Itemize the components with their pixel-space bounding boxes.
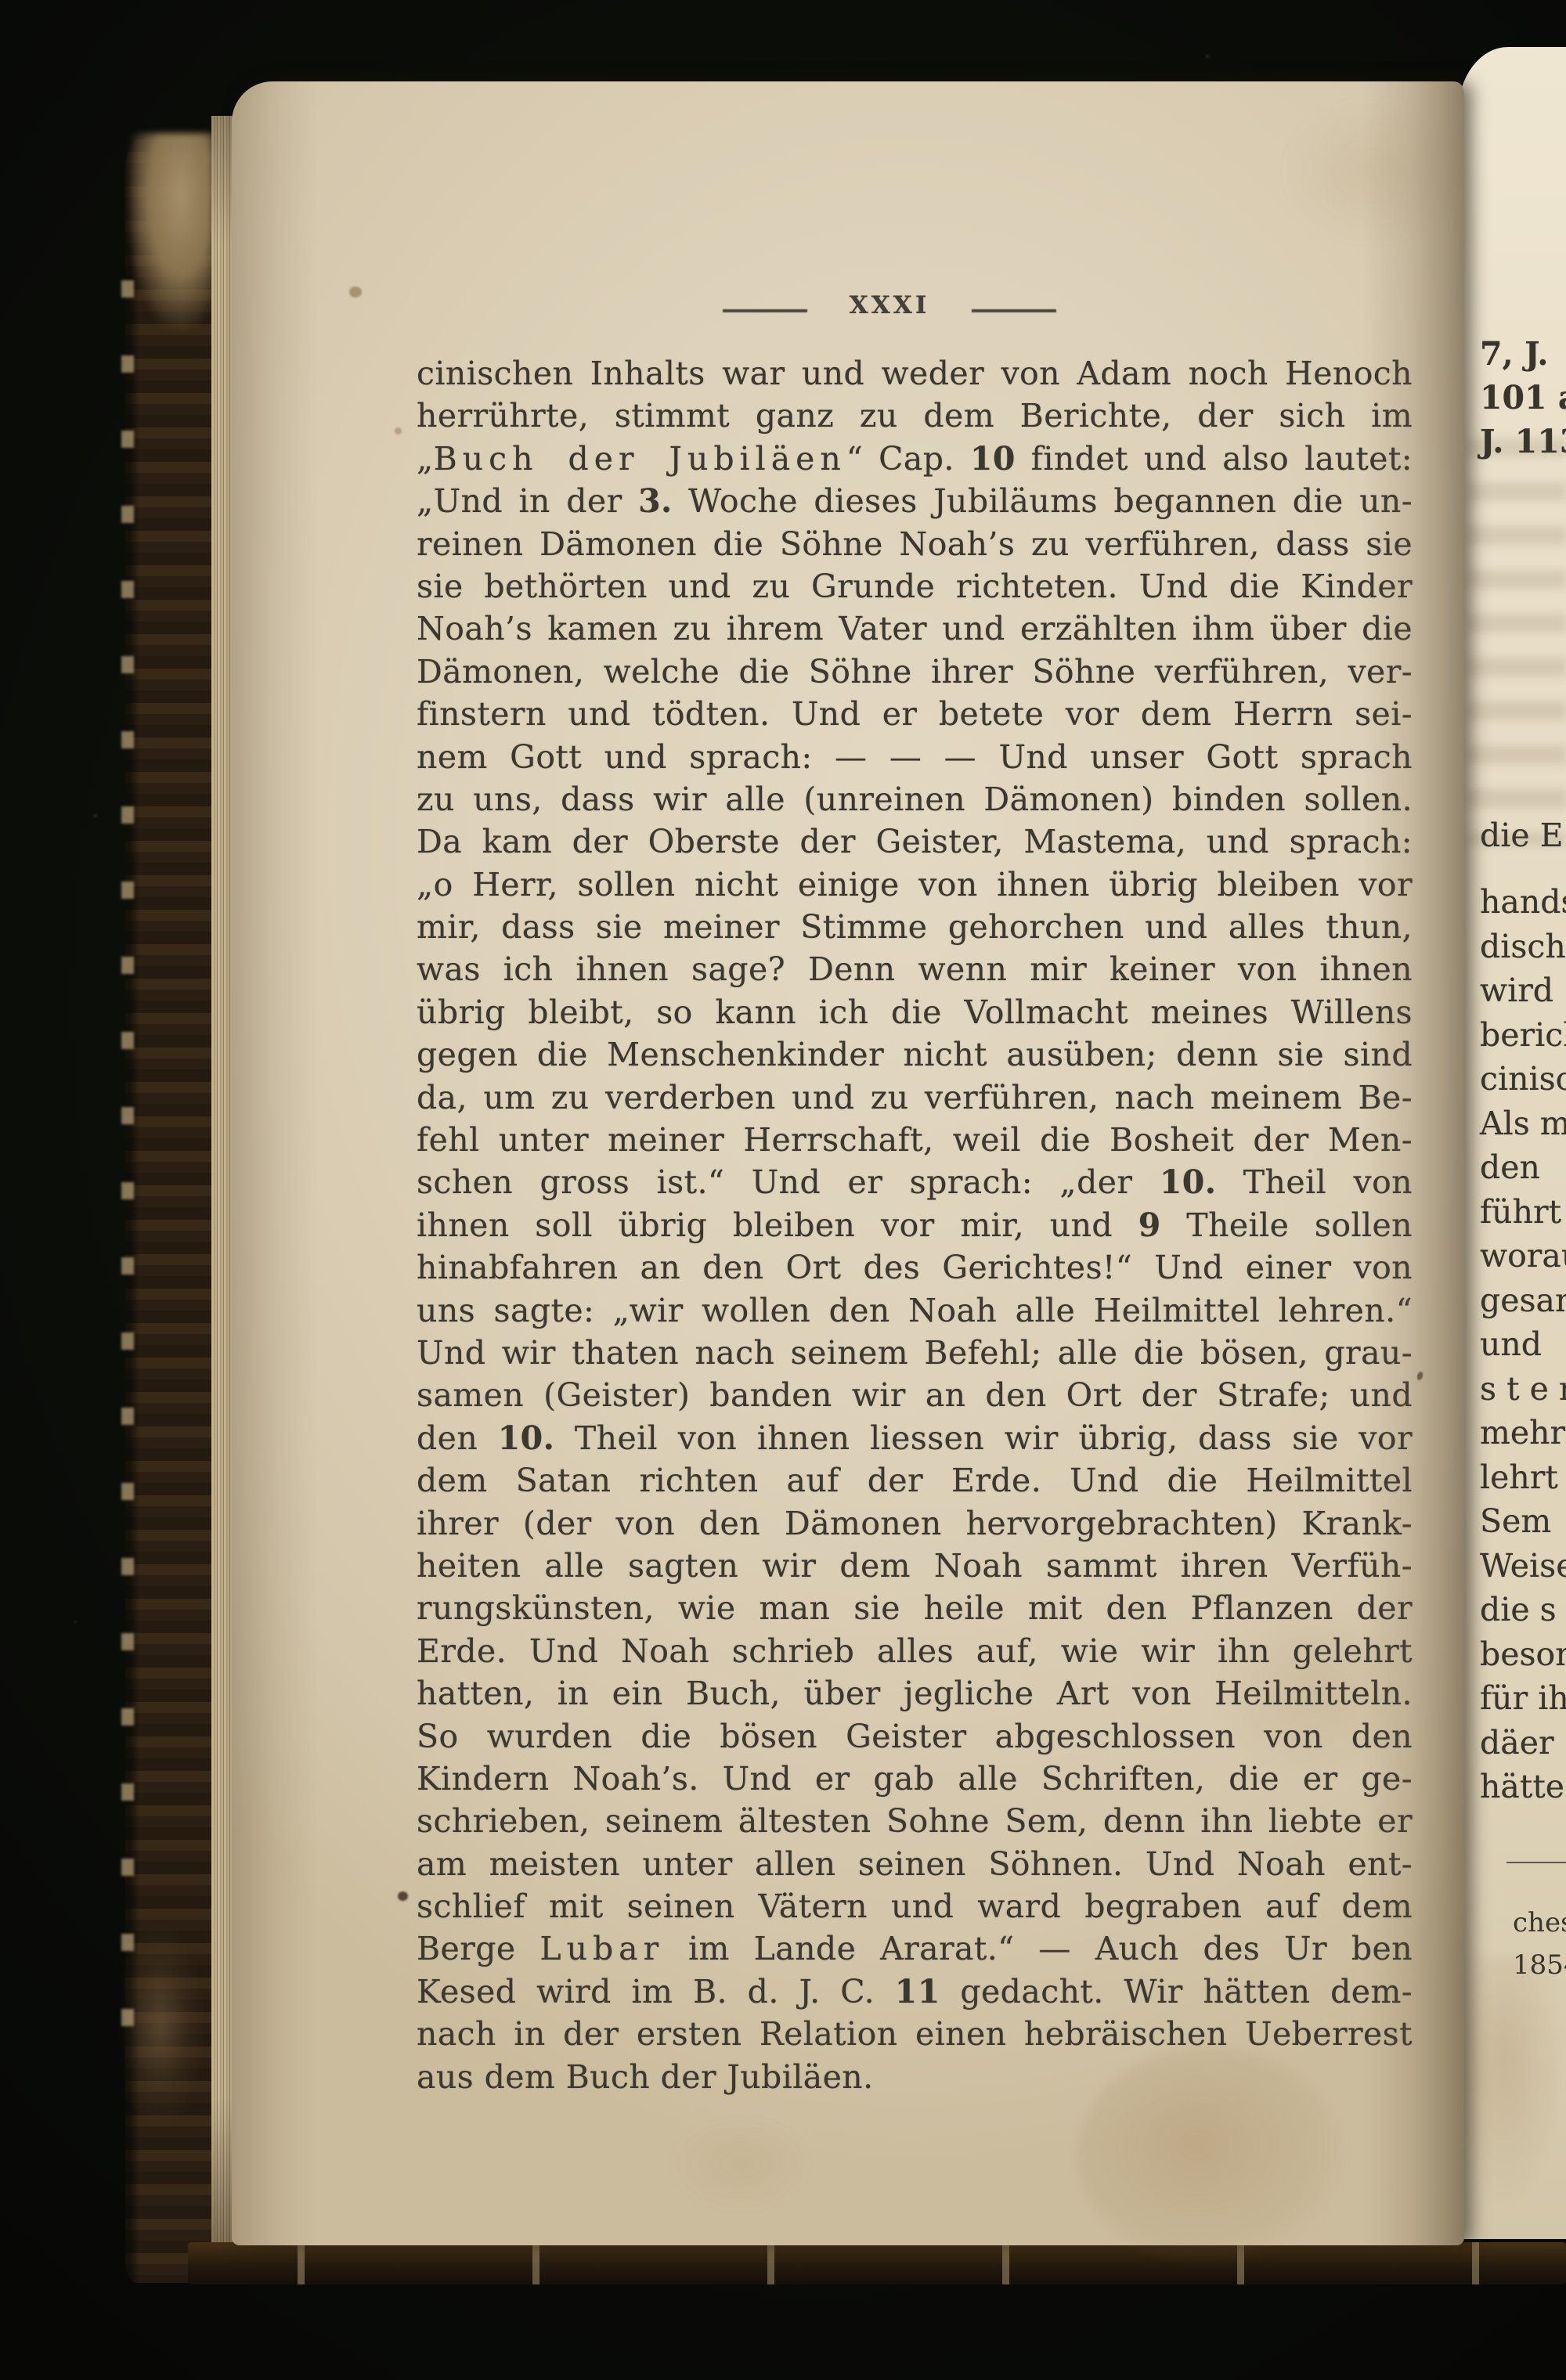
text-line: mir, dass sie meiner Stimme gehorchen un…	[417, 906, 1413, 948]
text-line: zu uns, dass wir alle (unreinen Dämonen)…	[417, 778, 1413, 820]
text-line: sie bethörten und zu Grunde richteten. U…	[417, 565, 1413, 608]
right-page-text-fragment: den	[1480, 1149, 1540, 1186]
text-segment: nem Gott und sprach: — — — Und unser Got…	[417, 738, 1413, 776]
spine-worn-patch-bottom	[125, 1924, 204, 2128]
text-segment: den	[417, 1419, 498, 1457]
text-line: schen gross ist.“ Und er sprach: „der 10…	[417, 1161, 1413, 1203]
text-segment: finstern und tödten. Und er betete vor d…	[417, 695, 1413, 733]
dust-speck	[1206, 55, 1209, 58]
right-page-text-fragment: die s	[1480, 1591, 1557, 1628]
text-segment: 9	[1138, 1206, 1161, 1244]
text-line: fehl unter meiner Herrschaft, weil die B…	[417, 1119, 1413, 1161]
text-line: „Und in der 3. Woche dieses Jubiläums be…	[417, 480, 1413, 522]
text-line: uns sagte: „wir wollen den Noah alle Hei…	[417, 1289, 1413, 1332]
right-page-text-fragment: und	[1480, 1325, 1542, 1363]
text-segment: „	[417, 440, 434, 478]
spine-edge-wear	[121, 280, 134, 2081]
text-line: „o Herr, sollen nicht einige von ihnen ü…	[417, 864, 1413, 906]
text-segment: herrührte, stimmt ganz zu dem Berichte, …	[417, 397, 1413, 435]
text-segment: „o Herr, sollen nicht einige von ihnen ü…	[417, 866, 1413, 903]
text-segment: schen gross ist.“ Und er sprach: „der	[417, 1163, 1160, 1201]
right-page-text-fragments: 7, J.101 aJ. 113die Ehandscdischwirdberi…	[1458, 0, 1566, 2380]
text-segment: Erde. Und Noah schrieb alles auf, wie wi…	[417, 1632, 1413, 1670]
text-segment: übrig bleibt, so kann ich die Vollmacht …	[417, 993, 1413, 1031]
text-segment: fehl unter meiner Herrschaft, weil die B…	[417, 1121, 1413, 1159]
text-line: was ich ihnen sage? Denn wenn mir keiner…	[417, 948, 1413, 990]
text-line: übrig bleibt, so kann ich die Vollmacht …	[417, 991, 1413, 1033]
right-page-text-fragment: Als m	[1480, 1105, 1566, 1142]
text-line: hatten, in ein Buch, über jegliche Art v…	[417, 1672, 1413, 1715]
text-segment: heiten alle sagten wir dem Noah sammt ih…	[417, 1547, 1413, 1585]
text-line: Kesed wird im B. d. J. C. 11 gedacht. Wi…	[417, 1971, 1413, 2013]
text-line: gegen die Menschenkinder nicht ausüben; …	[417, 1033, 1413, 1076]
text-segment: cinischen Inhalts war und weder von Adam…	[417, 355, 1413, 392]
text-line: ihnen soll übrig bleiben vor mir, und 9 …	[417, 1204, 1413, 1246]
text-segment: hinabfahren an den Ort des Gerichtes!“ U…	[417, 1249, 1413, 1286]
right-page-text-fragment: gesam	[1480, 1282, 1566, 1319]
text-segment: sie bethörten und zu Grunde richteten. U…	[417, 568, 1413, 605]
text-line: herrührte, stimmt ganz zu dem Berichte, …	[417, 395, 1413, 437]
text-line: Kindern Noah’s. Und er gab alle Schrifte…	[417, 1758, 1413, 1800]
right-page-text-fragment: die E	[1480, 817, 1564, 854]
text-line: am meisten unter allen seinen Söhnen. Un…	[417, 1843, 1413, 1885]
text-line: finstern und tödten. Und er betete vor d…	[417, 693, 1413, 735]
text-segment: Und wir thaten nach seinem Befehl; alle …	[417, 1334, 1413, 1372]
stain	[349, 287, 362, 297]
text-segment: hatten, in ein Buch, über jegliche Art v…	[417, 1675, 1413, 1712]
text-segment: dem Satan richten auf der Erde. Und die …	[417, 1462, 1413, 1499]
spine-worn-patch-top	[127, 133, 213, 329]
text-line: Da kam der Oberste der Geister, Mastema,…	[417, 820, 1413, 863]
text-segment: da, um zu verderben und zu verführen, na…	[417, 1079, 1413, 1116]
text-segment: Theil von	[1216, 1163, 1413, 1201]
text-segment: Dämonen, welche die Söhne ihrer Söhne ve…	[417, 653, 1413, 691]
text-line: reinen Dämonen die Söhne Noah’s zu verfü…	[417, 523, 1413, 565]
text-line: nach in der ersten Relation einen hebräi…	[417, 2013, 1413, 2055]
right-page-text-fragment: berich	[1480, 1016, 1566, 1054]
stain	[670, 2117, 811, 2211]
header-rule-right	[972, 309, 1056, 312]
text-line: den 10. Theil von ihnen liessen wir übri…	[417, 1417, 1413, 1459]
stain	[395, 427, 402, 435]
text-segment: 10.	[1160, 1163, 1217, 1201]
text-segment: ihrer (der von den Dämonen hervorgebrach…	[417, 1505, 1413, 1542]
text-segment: “ Cap.	[846, 440, 970, 478]
dust-speck	[74, 1621, 77, 1623]
text-line: samen (Geister) banden wir an den Ort de…	[417, 1374, 1413, 1416]
text-segment: Lubar	[539, 1930, 664, 1967]
right-page-text-fragment: worau	[1480, 1237, 1566, 1275]
right-page-text-fragment: däer	[1480, 1724, 1554, 1762]
header-rule-left	[723, 309, 807, 312]
right-page-text-fragment: 101 a	[1480, 379, 1566, 416]
text-line: ihrer (der von den Dämonen hervorgebrach…	[417, 1502, 1413, 1545]
page-number: XXXI	[850, 291, 930, 319]
right-page-text-fragment: für ih	[1480, 1679, 1566, 1717]
text-line: nem Gott und sprach: — — — Und unser Got…	[417, 736, 1413, 778]
text-segment: Da kam der Oberste der Geister, Mastema,…	[417, 823, 1413, 860]
right-page-text-fragment: lehrt	[1480, 1459, 1558, 1496]
text-segment: Theil von ihnen liessen wir übrig, dass …	[554, 1419, 1413, 1457]
text-segment: Berge	[417, 1930, 539, 1967]
text-segment: gedacht. Wir hätten dem-	[940, 1973, 1413, 2010]
text-segment: nach in der ersten Relation einen hebräi…	[417, 2015, 1413, 2053]
text-segment: 10	[970, 440, 1016, 478]
text-line: aus dem Buch der Jubiläen.	[417, 2056, 1413, 2098]
text-segment: rungskünsten, wie man sie heile mit den …	[417, 1589, 1413, 1627]
scanned-book-page-photo: 7, J.101 aJ. 113die Ehandscdischwirdberi…	[0, 0, 1566, 2380]
text-line: Noah’s kamen zu ihrem Vater und erzählte…	[417, 608, 1413, 650]
text-segment: findet und also lautet:	[1016, 440, 1413, 478]
text-line: da, um zu verderben und zu verführen, na…	[417, 1076, 1413, 1119]
right-page-text-fragment: mehr	[1480, 1414, 1565, 1451]
text-line: dem Satan richten auf der Erde. Und die …	[417, 1459, 1413, 1502]
text-line: Erde. Und Noah schrieb alles auf, wie wi…	[417, 1630, 1413, 1672]
text-line: rungskünsten, wie man sie heile mit den …	[417, 1587, 1413, 1629]
text-segment: ihnen soll übrig bleiben vor mir, und	[417, 1206, 1138, 1244]
text-line: heiten alle sagten wir dem Noah sammt ih…	[417, 1545, 1413, 1587]
right-page-text-fragment: cinisc	[1480, 1060, 1566, 1098]
text-line: schrieben, seinem ältesten Sohne Sem, de…	[417, 1800, 1413, 1842]
right-page-text-fragment: Weise	[1480, 1547, 1566, 1585]
text-segment: 3.	[638, 482, 673, 520]
right-page-text-fragment: disch	[1480, 928, 1566, 965]
text-line: „Buch der Jubiläen“ Cap. 10 findet und a…	[417, 438, 1413, 480]
footnote-rule	[1506, 1862, 1566, 1863]
dust-speck	[94, 814, 97, 817]
right-page-text-fragment: handsc	[1480, 883, 1566, 921]
ink-speck	[1416, 1371, 1423, 1381]
right-page-footnote-fragment: ches	[1513, 1907, 1566, 1938]
text-segment: Woche dieses Jubiläums begannen die un-	[673, 482, 1413, 520]
text-segment: Kindern Noah’s. Und er gab alle Schrifte…	[417, 1760, 1413, 1798]
right-page-text-fragment: s t e n	[1480, 1370, 1566, 1408]
right-page-text-fragment: hätte	[1480, 1768, 1564, 1805]
text-segment: am meisten unter allen seinen Söhnen. Un…	[417, 1845, 1413, 1883]
right-page-text-fragment: wird	[1480, 972, 1553, 1009]
text-segment: aus dem Buch der Jubiläen.	[417, 2058, 874, 2096]
text-line: Dämonen, welche die Söhne ihrer Söhne ve…	[417, 651, 1413, 693]
text-line: hinabfahren an den Ort des Gerichtes!“ U…	[417, 1246, 1413, 1289]
text-segment: So wurden die bösen Geister abgeschlosse…	[417, 1718, 1413, 1755]
text-segment: gegen die Menschenkinder nicht ausüben; …	[417, 1036, 1413, 1073]
text-line: So wurden die bösen Geister abgeschlosse…	[417, 1715, 1413, 1758]
text-segment: 11	[895, 1973, 940, 2010]
text-segment: uns sagte: „wir wollen den Noah alle Hei…	[417, 1292, 1413, 1329]
ink-speck	[398, 1891, 408, 1901]
page-header: XXXI	[391, 291, 1387, 319]
right-page-text-fragment: beson	[1480, 1635, 1566, 1673]
text-segment: reinen Dämonen die Söhne Noah’s zu verfü…	[417, 525, 1413, 563]
book-spine	[125, 139, 213, 2283]
text-line: Berge Lubar im Lande Ararat.“ — Auch des…	[417, 1927, 1413, 1970]
right-page-footnote-fragment: 1854	[1513, 1949, 1566, 1981]
stain	[1281, 97, 1461, 246]
right-page-text-fragment: Sem	[1480, 1502, 1551, 1540]
right-page-text-fragment: J. 113	[1480, 423, 1566, 460]
body-text: cinischen Inhalts war und weder von Adam…	[417, 352, 1413, 2098]
text-line: cinischen Inhalts war und weder von Adam…	[417, 352, 1413, 395]
text-segment: zu uns, dass wir alle (unreinen Dämonen)…	[417, 781, 1413, 818]
text-line: schlief mit seinen Vätern und ward begra…	[417, 1885, 1413, 1927]
text-segment: im Lande Ararat.“ — Auch des Ur ben	[664, 1930, 1413, 1967]
right-page-text-fragment: 7, J.	[1480, 335, 1549, 373]
right-page-text-fragment: führt	[1480, 1193, 1561, 1231]
page-edge-stack	[211, 116, 233, 2247]
text-segment: schlief mit seinen Vätern und ward begra…	[417, 1888, 1413, 1925]
text-segment: was ich ihnen sage? Denn wenn mir keiner…	[417, 950, 1413, 988]
book-bottom-edge	[188, 2242, 1566, 2284]
left-page: XXXI cinischen Inhalts war und weder von…	[232, 81, 1464, 2245]
text-segment: Noah’s kamen zu ihrem Vater und erzählte…	[417, 610, 1413, 647]
text-segment: mir, dass sie meiner Stimme gehorchen un…	[417, 908, 1413, 946]
text-segment: 10.	[498, 1419, 555, 1457]
text-segment: schrieben, seinem ältesten Sohne Sem, de…	[417, 1802, 1413, 1840]
text-line: Und wir thaten nach seinem Befehl; alle …	[417, 1332, 1413, 1374]
text-segment: Kesed wird im B. d. J. C.	[417, 1973, 895, 2010]
text-segment: samen (Geister) banden wir an den Ort de…	[417, 1376, 1413, 1414]
text-segment: Theile sollen	[1161, 1206, 1413, 1244]
text-segment: „Und in der	[417, 482, 638, 520]
text-segment: Buch der Jubiläen	[434, 440, 846, 478]
